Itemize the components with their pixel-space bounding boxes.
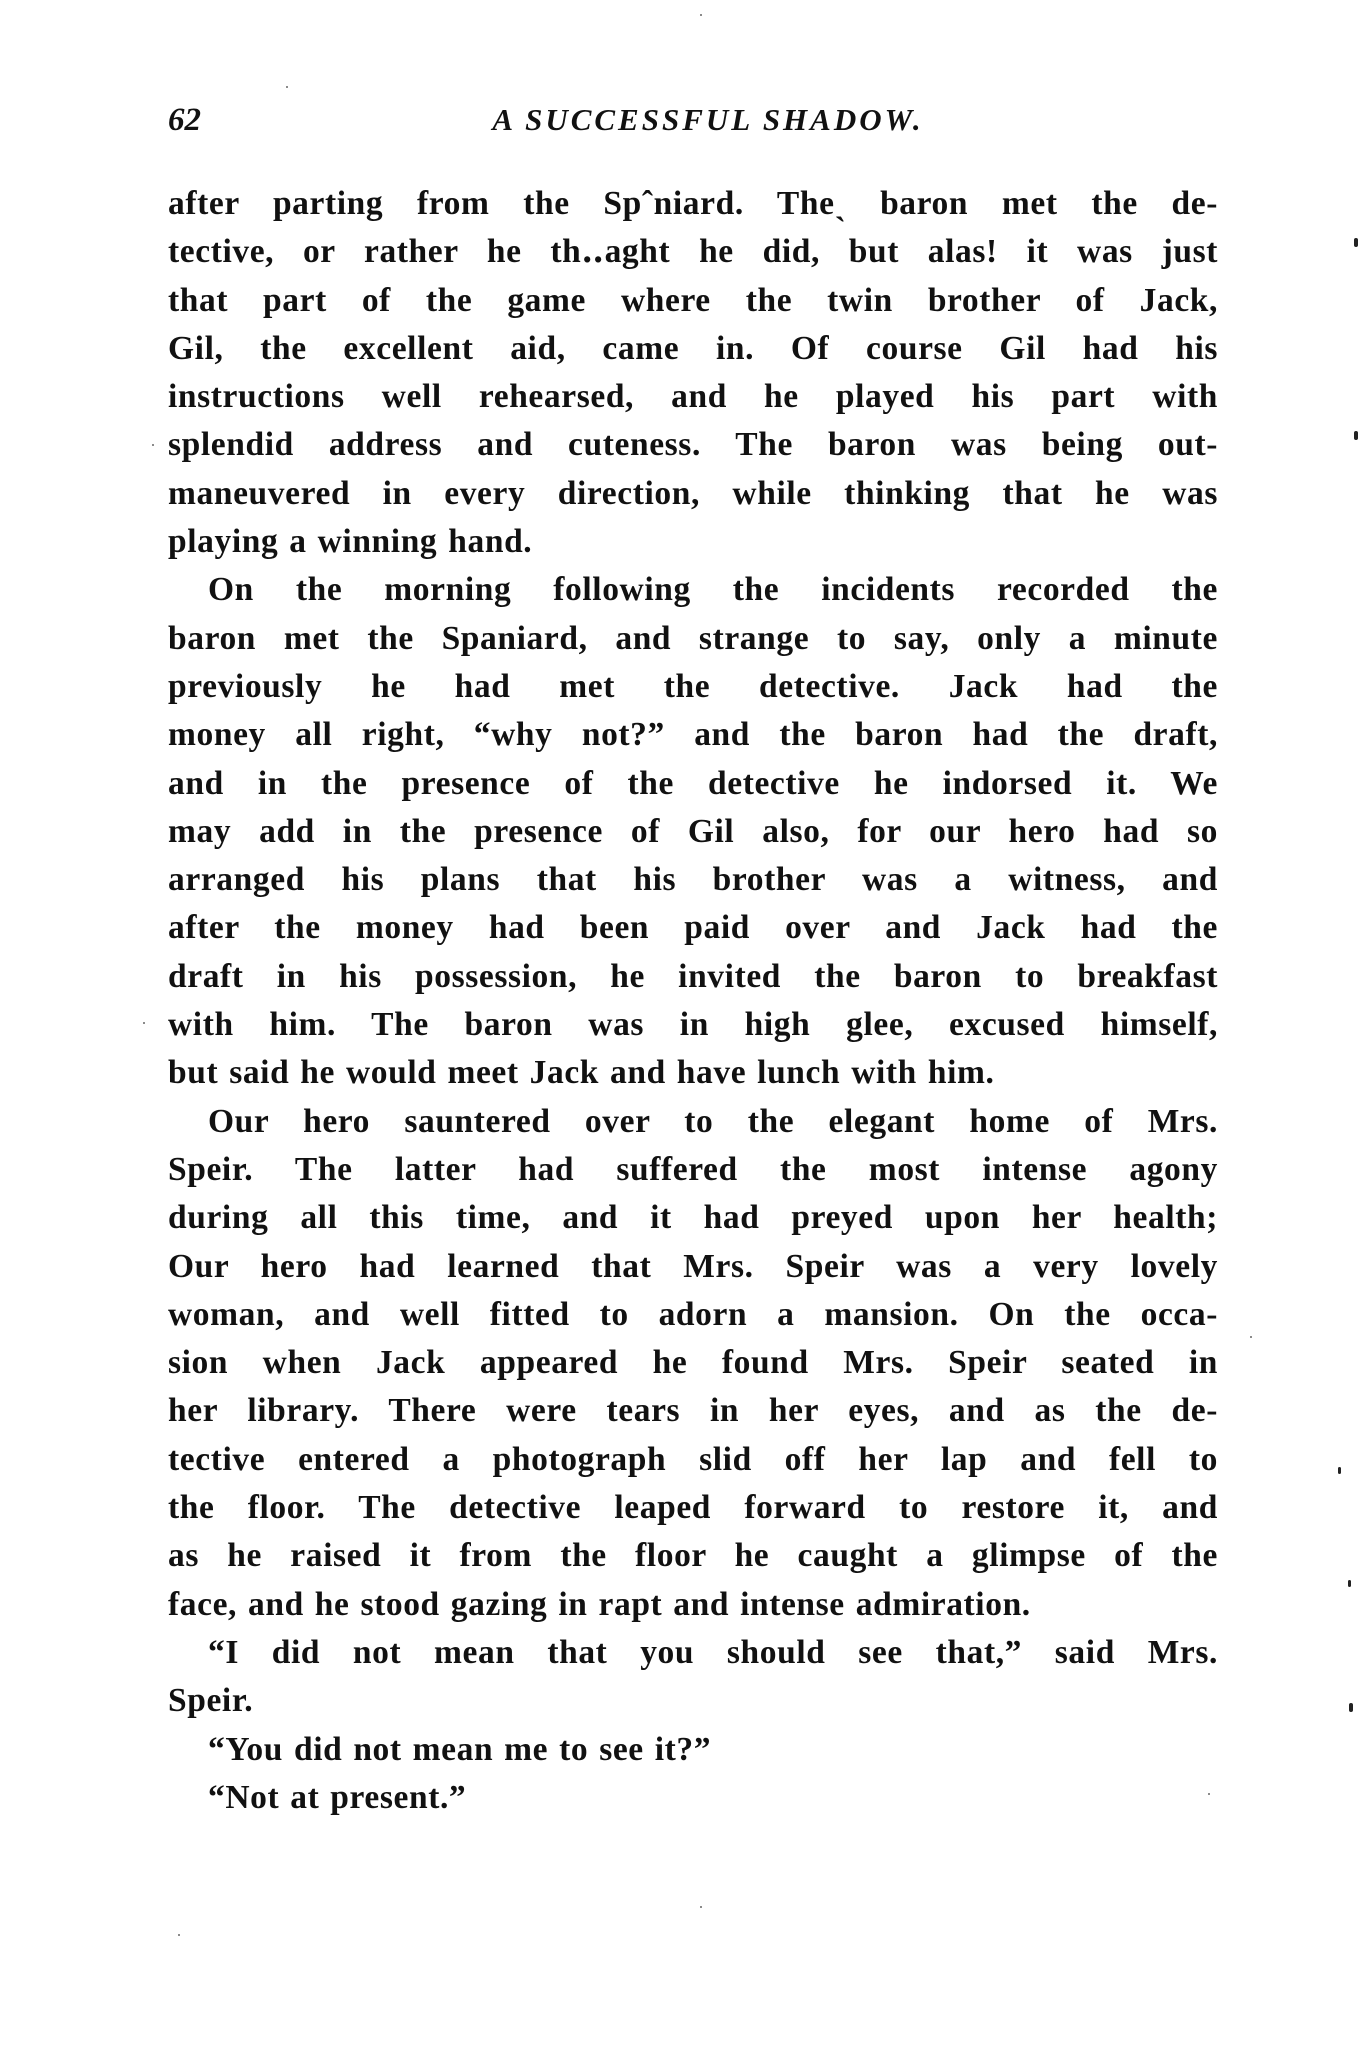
- text-line: as he raised it from the floor he caught…: [168, 1532, 1218, 1580]
- scan-speck: [1208, 1793, 1210, 1795]
- text-line: and in the presence of the detective he …: [168, 760, 1218, 808]
- text-line: playing a winning hand.: [168, 518, 1218, 566]
- text-line: her library. There were tears in her eye…: [168, 1387, 1218, 1435]
- text-line: Gil, the excellent aid, came in. Of cour…: [168, 325, 1218, 373]
- text-line: the floor. The detective leaped forward …: [168, 1484, 1218, 1532]
- text-line: money all right, “why not?” and the baro…: [168, 711, 1218, 759]
- text-line: after parting from the Spˆniard. Theˎ ba…: [168, 180, 1218, 228]
- text-line: maneuvered in every direction, while thi…: [168, 470, 1218, 518]
- text-line: “You did not mean me to see it?”: [168, 1726, 1218, 1774]
- text-line: tective entered a photograph slid off he…: [168, 1436, 1218, 1484]
- scan-mark: [1354, 238, 1358, 247]
- text-line: woman, and well fitted to adorn a mansio…: [168, 1291, 1218, 1339]
- text-line: face, and he stood gazing in rapt and in…: [168, 1581, 1218, 1629]
- scan-speck: [286, 86, 288, 88]
- text-line: baron met the Spaniard, and strange to s…: [168, 615, 1218, 663]
- scan-mark: [1338, 1467, 1341, 1474]
- text-line: On the morning following the incidents r…: [168, 566, 1218, 614]
- scan-speck: [143, 1022, 145, 1024]
- text-line: tective, or rather he th‥aght he did, bu…: [168, 228, 1218, 276]
- text-line: Our hero had learned that Mrs. Speir was…: [168, 1243, 1218, 1291]
- scan-speck: [178, 1934, 180, 1936]
- body-text: after parting from the Spˆniard. Theˎ ba…: [168, 180, 1218, 1822]
- scan-mark: [1348, 1580, 1351, 1587]
- scan-mark: [1349, 1703, 1353, 1712]
- text-line: may add in the presence of Gil also, for…: [168, 808, 1218, 856]
- text-line: previously he had met the detective. Jac…: [168, 663, 1218, 711]
- text-line: after the money had been paid over and J…: [168, 904, 1218, 952]
- text-line: “Not at present.”: [168, 1774, 1218, 1822]
- text-line: splendid address and cuteness. The baron…: [168, 421, 1218, 469]
- text-line: “I did not mean that you should see that…: [168, 1629, 1218, 1677]
- text-line: with him. The baron was in high glee, ex…: [168, 1001, 1218, 1049]
- running-title: A SUCCESSFUL SHADOW.: [168, 98, 1218, 142]
- text-line: Our hero sauntered over to the elegant h…: [168, 1098, 1218, 1146]
- scan-mark: [1354, 431, 1358, 440]
- scan-speck: [152, 444, 154, 446]
- text-line: arranged his plans that his brother was …: [168, 856, 1218, 904]
- scan-speck: [700, 14, 702, 16]
- text-line: sion when Jack appeared he found Mrs. Sp…: [168, 1339, 1218, 1387]
- text-line: but said he would meet Jack and have lun…: [168, 1049, 1218, 1097]
- text-line: draft in his possession, he invited the …: [168, 953, 1218, 1001]
- running-head: 62 A SUCCESSFUL SHADOW.: [168, 98, 1218, 142]
- text-line: Speir.: [168, 1677, 1218, 1725]
- text-line: during all this time, and it had preyed …: [168, 1194, 1218, 1242]
- scan-speck: [700, 1906, 702, 1908]
- scan-speck: [1250, 1336, 1252, 1338]
- text-line: that part of the game where the twin bro…: [168, 277, 1218, 325]
- text-line: instructions well rehearsed, and he play…: [168, 373, 1218, 421]
- book-page: 62 A SUCCESSFUL SHADOW. after parting fr…: [0, 0, 1363, 2048]
- text-line: Speir. The latter had suffered the most …: [168, 1146, 1218, 1194]
